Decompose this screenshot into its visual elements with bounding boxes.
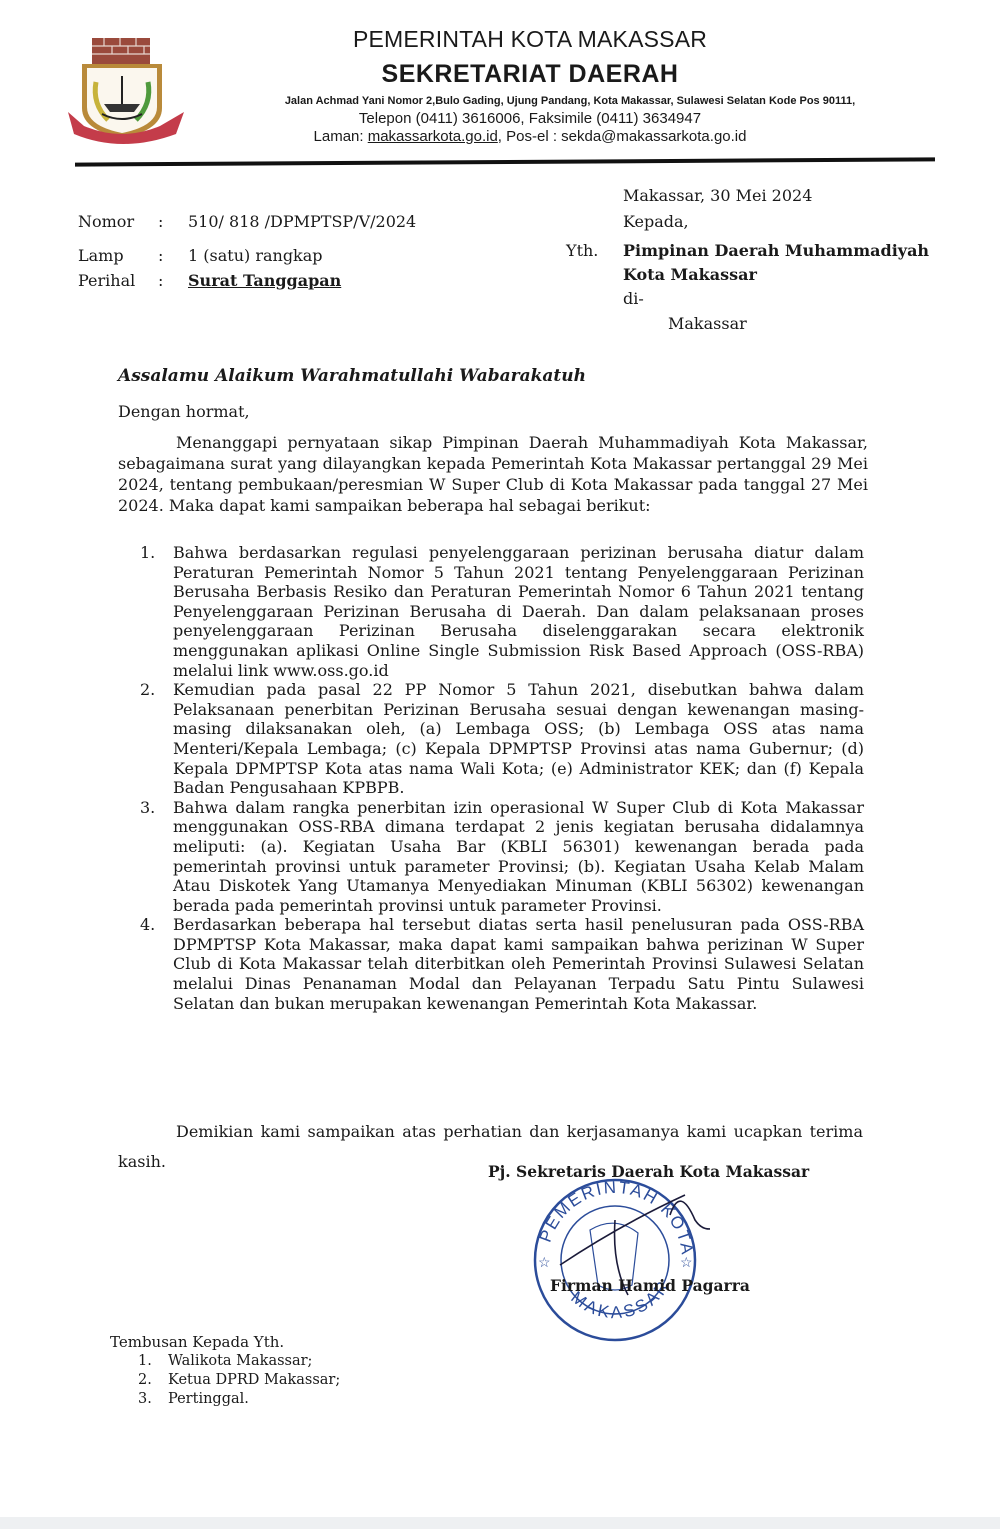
opening-greeting: Assalamu Alaikum Warahmatullahi Wabaraka… <box>118 366 586 386</box>
list-item: 2.Kemudian pada pasal 22 PP Nomor 5 Tahu… <box>140 680 864 798</box>
recipient-di: di- <box>623 289 644 308</box>
nomor-value: 510/ 818 /DPMPTSP/V/2024 <box>188 212 416 231</box>
item-number: 2. <box>140 680 173 798</box>
letterhead-government-name: PEMERINTAH KOTA MAKASSAR <box>205 26 855 53</box>
cc-number: 3. <box>138 1390 168 1409</box>
letterhead-web: Laman: makassarkota.go.id, Pos-el : sekd… <box>205 128 855 145</box>
cc-title: Tembusan Kepada Yth. <box>110 1333 284 1351</box>
letterhead-phone: Telepon (0411) 3616006, Faksimile (0411)… <box>205 110 855 127</box>
list-item: 3.Bahwa dalam rangka penerbitan izin ope… <box>140 798 864 916</box>
web-label: Laman: <box>314 128 368 145</box>
intro-text: Menanggapi pernyataan sikap Pimpinan Dae… <box>118 433 868 515</box>
colon: : <box>158 246 188 265</box>
makassar-coat-of-arms-icon <box>62 30 190 148</box>
letterhead-divider <box>75 157 935 166</box>
cc-item: 1.Walikota Makassar; <box>138 1352 340 1371</box>
svg-text:☆: ☆ <box>538 1255 551 1271</box>
item-number: 4. <box>140 915 173 1013</box>
item-number: 1. <box>140 543 173 680</box>
website-link[interactable]: makassarkota.go.id <box>368 128 498 145</box>
colon: : <box>158 271 188 290</box>
perihal-value: Surat Tanggapan <box>188 271 341 290</box>
svg-text:PEMERINTAH KOTA: PEMERINTAH KOTA <box>536 1178 697 1258</box>
meta-perihal: Perihal : Surat Tanggapan <box>78 271 341 290</box>
lamp-label: Lamp <box>78 246 158 265</box>
cc-text: Ketua DPRD Makassar; <box>168 1371 340 1390</box>
signatory-title: Pj. Sekretaris Daerah Kota Makassar <box>488 1162 809 1181</box>
bottom-strip <box>0 1517 1000 1529</box>
letter-date: Makassar, 30 Mei 2024 <box>623 186 812 205</box>
meta-lamp: Lamp : 1 (satu) rangkap <box>78 246 323 265</box>
item-text: Bahwa berdasarkan regulasi penyelenggara… <box>173 543 864 680</box>
email-link[interactable]: sekda@makassarkota.go.id <box>561 128 746 145</box>
kepada-label: Kepada, <box>623 212 689 231</box>
item-text: Bahwa dalam rangka penerbitan izin opera… <box>173 798 864 916</box>
salutation: Dengan hormat, <box>118 402 250 421</box>
item-text: Kemudian pada pasal 22 PP Nomor 5 Tahun … <box>173 680 864 798</box>
cc-number: 2. <box>138 1371 168 1390</box>
nomor-label: Nomor <box>78 212 158 231</box>
item-number: 3. <box>140 798 173 916</box>
svg-text:☆: ☆ <box>680 1255 693 1271</box>
item-text: Berdasarkan beberapa hal tersebut diatas… <box>173 915 864 1013</box>
recipient-name-line1: Pimpinan Daerah Muhammadiyah <box>623 241 929 260</box>
letterhead-address: Jalan Achmad Yani Nomor 2,Bulo Gading, U… <box>200 95 940 107</box>
intro-paragraph: Menanggapi pernyataan sikap Pimpinan Dae… <box>118 432 868 516</box>
official-stamp-icon: PEMERINTAH KOTA MAKASSAR ☆ ☆ <box>520 1175 710 1345</box>
colon: : <box>158 212 188 231</box>
meta-nomor: Nomor : 510/ 818 /DPMPTSP/V/2024 <box>78 212 416 231</box>
letterhead-office-name: SEKRETARIAT DAERAH <box>205 60 855 89</box>
email-label: , Pos-el : <box>498 128 561 145</box>
cc-number: 1. <box>138 1352 168 1371</box>
cc-text: Walikota Makassar; <box>168 1352 312 1371</box>
points-list: 1.Bahwa berdasarkan regulasi penyelengga… <box>140 543 864 1013</box>
recipient-city: Makassar <box>668 314 747 333</box>
cc-text: Pertinggal. <box>168 1390 249 1409</box>
cc-item: 3.Pertinggal. <box>138 1390 340 1409</box>
lamp-value: 1 (satu) rangkap <box>188 246 323 265</box>
yth-label: Yth. <box>566 241 598 260</box>
cc-list: 1.Walikota Makassar; 2.Ketua DPRD Makass… <box>138 1352 340 1409</box>
list-item: 4.Berdasarkan beberapa hal tersebut diat… <box>140 915 864 1013</box>
recipient-name-line2: Kota Makassar <box>623 265 757 284</box>
perihal-label: Perihal <box>78 271 158 290</box>
cc-item: 2.Ketua DPRD Makassar; <box>138 1371 340 1390</box>
list-item: 1.Bahwa berdasarkan regulasi penyelengga… <box>140 543 864 680</box>
signatory-name: Firman Hamid Pagarra <box>550 1276 750 1295</box>
